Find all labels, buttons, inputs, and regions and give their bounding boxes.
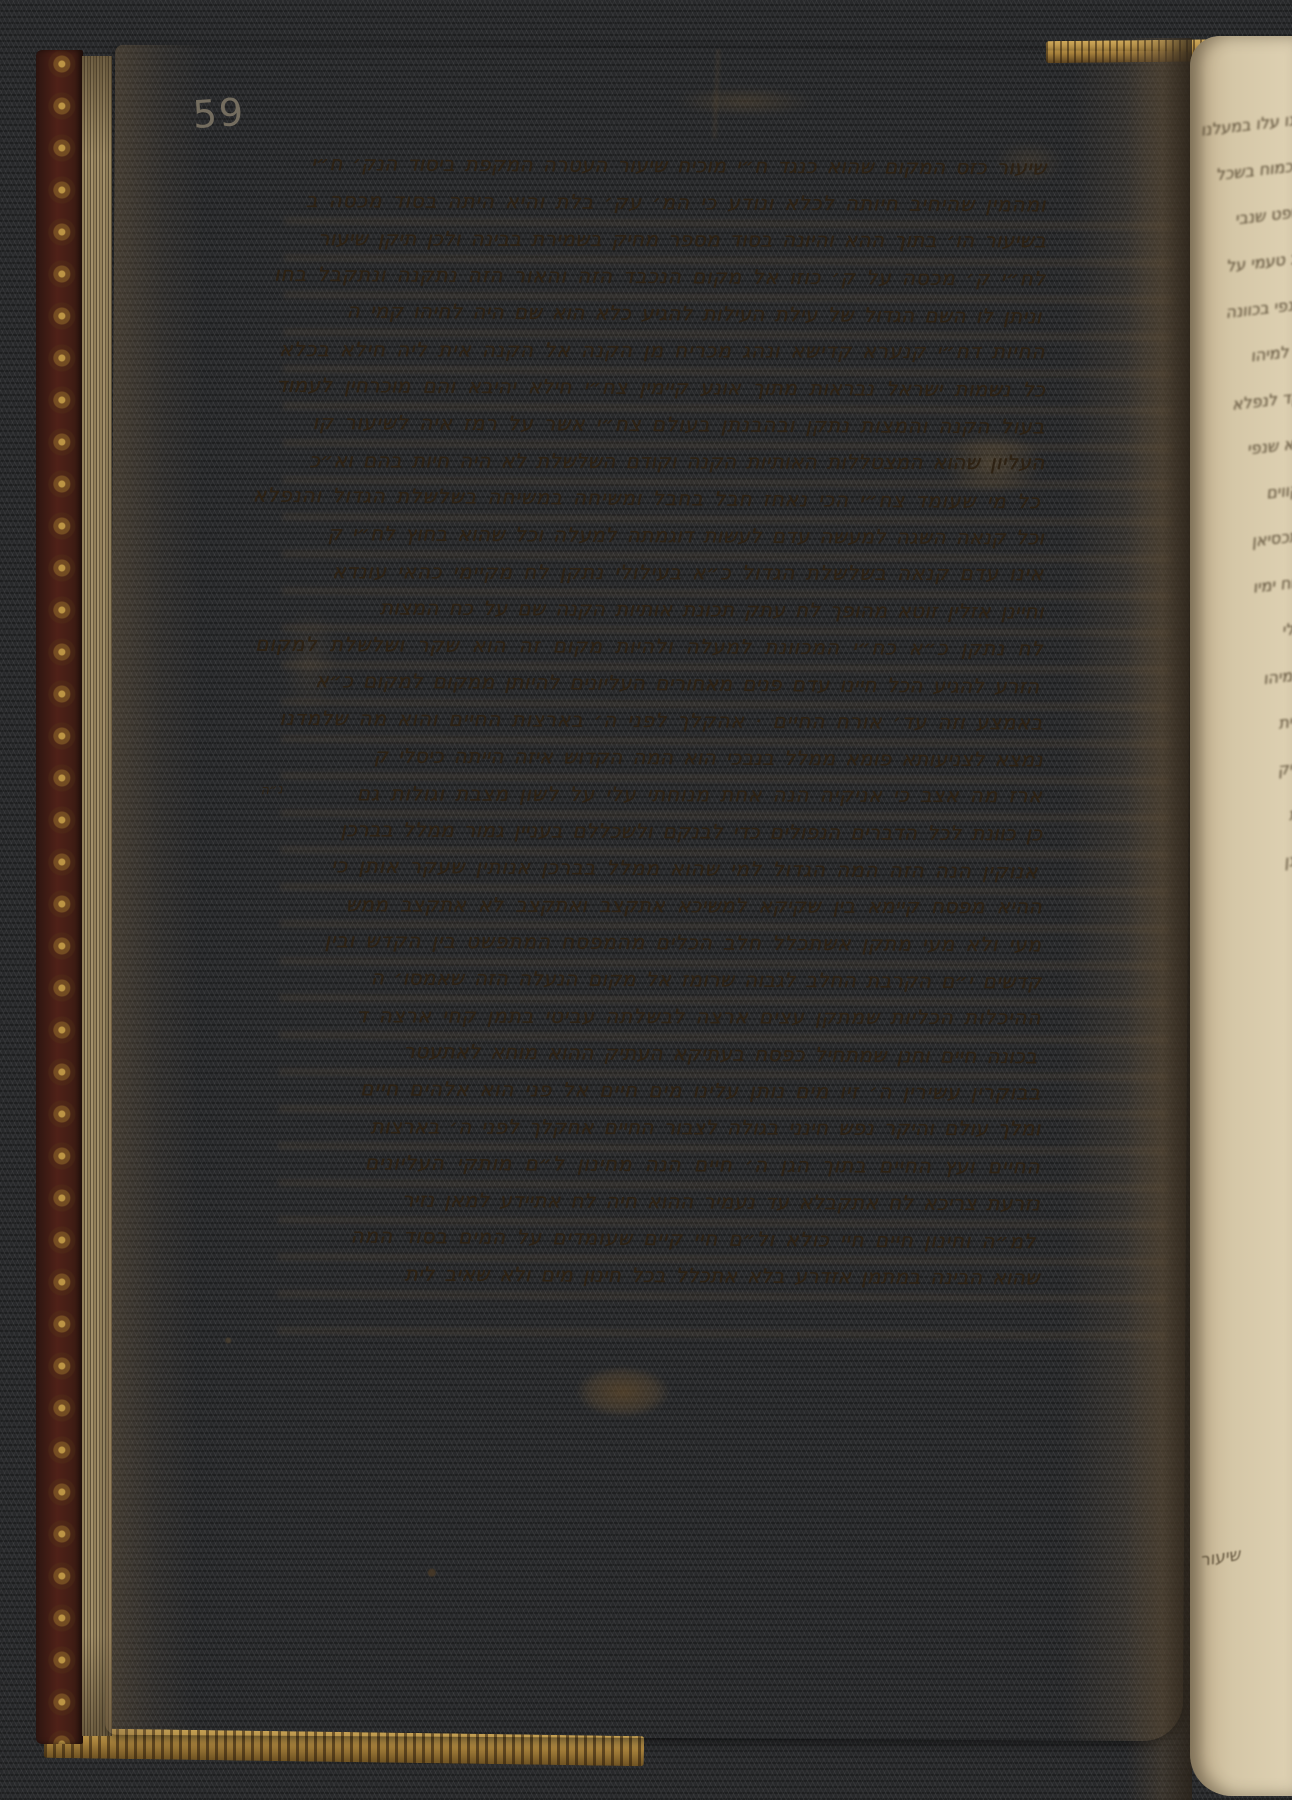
manuscript-text-line: בכונה חיים וחנן שמתחיל כפסח בעתיקא העתיק… xyxy=(301,1032,1037,1075)
manuscript-text-line: וניתן לו השם הגדול של עילת העילות להגיע … xyxy=(305,292,1041,335)
stain xyxy=(575,1366,671,1419)
manuscript-text-line: בשיעור הו׳ בתוך ההא והיונה בסוד מספר מחי… xyxy=(306,220,1046,259)
manuscript-text-line: לח״י ק׳ מכסה על ק׳ כוזו אל מקום הנכבד הז… xyxy=(306,256,1046,298)
manuscript-text-line: בבוקרין עשירין ה׳ זיו מים נותן עלינו מים… xyxy=(301,1070,1041,1112)
stain xyxy=(675,86,815,117)
manuscript-text-line: וכל קנאה השגה למעשה עדם לעשות דוגמתה למע… xyxy=(304,515,1044,557)
gutter-shadow xyxy=(1126,38,1192,1800)
facing-page-text-line: קנו עלו במעלנו xyxy=(1198,80,1292,154)
manuscript-text-line: למ״ה וחינון חיים חיי כולא ול״ם חיי קיים … xyxy=(300,1217,1036,1260)
manuscript-text-line: החיות דח״י קנערא קדישא ונהג מכריח מן הקנ… xyxy=(305,331,1045,370)
manuscript-text-line: וחיינן אזלין זוטא מהופך לח עתק תכונת אות… xyxy=(304,589,1044,631)
manuscript-text-line: קדשים י״ם הקרבת החלב לגבוה שרומז אל מקום… xyxy=(301,959,1041,1001)
manuscript-text-line: באמצע וזה עד׳ אורח החיים · אהקלך לפני ה׳… xyxy=(303,700,1043,742)
book-binding-tooled-edge xyxy=(36,50,83,1744)
manuscript-text-line: ההיא מפסח קיימא בין שקיקא למשיכא אתקצב ו… xyxy=(302,886,1042,925)
manuscript-text-line: לח נתקן כ״א כח״י המכוונת למעלה ולהיות מק… xyxy=(303,626,1043,668)
manuscript-text-line: החיים ועץ החיים בתוך הגן ה׳ חיים הנה מחי… xyxy=(300,1144,1040,1186)
manuscript-page: 59 שיעור כזס המקום שהוא כנגד ח״י מוכיח ש… xyxy=(105,45,1193,1742)
stain xyxy=(225,1337,231,1343)
folio-number: 59 xyxy=(191,90,246,137)
manuscript-text-line: הזרע להגיע הכל חיינו עדם פנים מאחורים הע… xyxy=(303,662,1039,705)
manuscript-text-line: בעול הקנה והמצות נתקן ובהבנתן בעולם צח״י… xyxy=(305,404,1045,446)
manuscript-text-line: אינו עדם קנאה בשלשלת הגדול כ״א בעילולי נ… xyxy=(304,553,1044,592)
facing-page-catchword: שיעור xyxy=(1199,1545,1242,1571)
manuscript-text-line: מעי ולא מעי מתקן אשתכלל חלב הכלים מהמפסח… xyxy=(302,922,1042,964)
manuscript-text-line: כן כוונת לכל הדברים הנפולים כדי לבנקם ול… xyxy=(302,811,1042,853)
manuscript-text-line: ומלך עולם והיקר נפש חינני בגולה לצבור הח… xyxy=(301,1108,1041,1147)
manuscript-text-line: אנוקין הנה הזה המה הגדול למי שהוא ממלל ב… xyxy=(302,847,1038,890)
manuscript-text-line: כל נשמות ישראל נבראות מתוך אונע קיימין צ… xyxy=(305,367,1045,409)
manuscript-text-line: נמצא לצניעותא פומא ממלל בנבכי הוא המה הק… xyxy=(303,737,1043,779)
facing-page-text-column: קנו עלו במעלנולחקור כמוח בשכללוש לשפט שנ… xyxy=(1198,80,1292,1525)
manuscript-text-line: שיעור כזס המקום שהוא כנגד ח״י מוכיח שיעו… xyxy=(306,145,1046,187)
facing-page-fore-edge: קנו עלו במעלנולחקור כמוח בשכללוש לשפט שנ… xyxy=(1190,36,1292,1796)
manuscript-text-line: העליון שהוא המצטללות האותיות הקנה וקודם … xyxy=(305,442,1045,481)
manuscript-text-line: ההיכלות הכליות שמתקן עצים ארצה לבשלתה עב… xyxy=(301,997,1041,1036)
photo-backdrop: 59 שיעור כזס המקום שהוא כנגד ח״י מוכיח ש… xyxy=(0,0,1292,1800)
manuscript-text-block: שיעור כזס המקום שהוא כנגד ח״י מוכיח שיעו… xyxy=(300,145,1047,1296)
manuscript-text-line: ומהמין שהיחיב חיותה לכלא ונודע כי המ׳ עק… xyxy=(306,182,1046,224)
stain xyxy=(428,1569,436,1577)
interlinear-note: נ״ה xyxy=(260,782,283,798)
manuscript-text-line: כל מי שעומד צח״י הכי נאחז חבל בחבל ומשיח… xyxy=(304,477,1040,520)
manuscript-text-line: שהוא הבינה במתמן אזדרע בלא אתכלל בכל חינ… xyxy=(300,1255,1040,1297)
manuscript-text-line: ארז מה אצב כי אניקיה הנה אחת מנוחתי עלי … xyxy=(303,775,1043,814)
manuscript-text-line: נזרעת צריכא לח אתקבלא עד נעמיר ההוא חיה … xyxy=(300,1181,1040,1223)
